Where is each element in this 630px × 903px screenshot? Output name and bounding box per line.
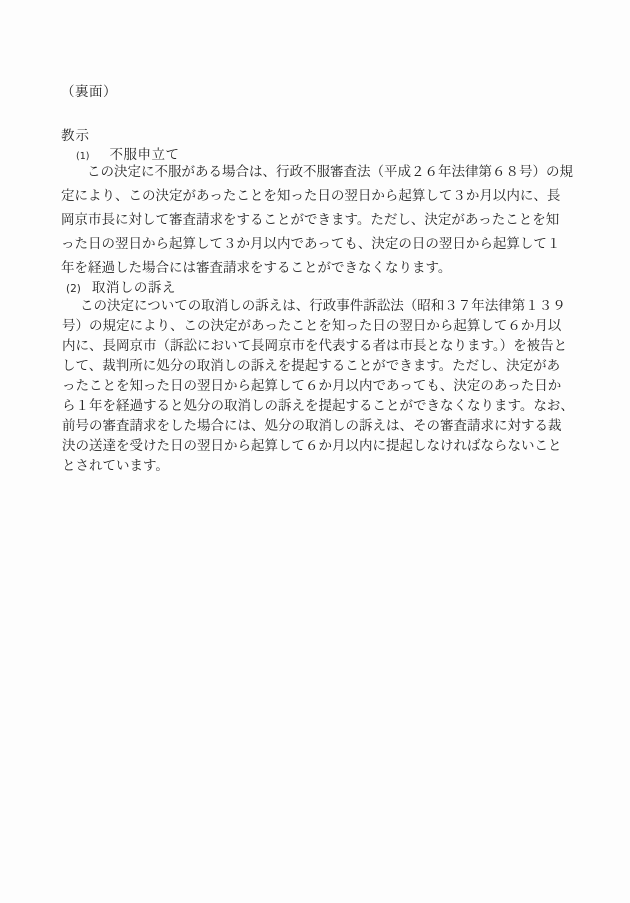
item-2-title: 取消しの訴え xyxy=(92,280,176,296)
item-2-header: (2)取消しの訴え xyxy=(66,276,176,296)
text-line: 定により、この決定があったことを知った日の翌日から起算して３か月以内に、長 xyxy=(61,184,573,208)
text-line: この決定に不服がある場合は、行政不服審査法（平成２６年法律第６８号）の規 xyxy=(61,160,573,184)
text-line: とされています。 xyxy=(62,456,574,476)
text-line: 内に、長岡京市（訴訟において長岡京市を代表する者は市長となります。）を被告と xyxy=(62,336,574,356)
text-line: 号）の規定により、この決定があったことを知った日の翌日から起算して６か月以 xyxy=(62,316,574,336)
text-line: この決定についての取消しの訴えは、行政事件訴訟法（昭和３７年法律第１３９ xyxy=(62,296,574,316)
document-page: （裏面） 教示 (1)不服申立て この決定に不服がある場合は、行政不服審査法（平… xyxy=(0,0,630,903)
text-line: った日の翌日から起算して３か月以内であっても、決定の日の翌日から起算して１ xyxy=(61,232,573,256)
text-line: ら１年を経過すると処分の取消しの訴えを提起することができなくなります。なお、 xyxy=(62,396,574,416)
backside-label: （裏面） xyxy=(61,80,117,100)
text-line: して、裁判所に処分の取消しの訴えを提起することができます。ただし、決定があ xyxy=(62,356,574,376)
item-1-paragraph: この決定に不服がある場合は、行政不服審査法（平成２６年法律第６８号）の規 定によ… xyxy=(61,160,573,280)
text-line: 前号の審査請求をした場合には、処分の取消しの訴えは、その審査請求に対する裁 xyxy=(62,416,574,436)
item-2-number: (2) xyxy=(66,283,81,295)
item-2-paragraph: この決定についての取消しの訴えは、行政事件訴訟法（昭和３７年法律第１３９ 号）の… xyxy=(62,296,574,476)
text-line: ったことを知った日の翌日から起算して６か月以内であっても、決定のあった日か xyxy=(62,376,574,396)
text-line: 岡京市長に対して審査請求をすることができます。ただし、決定があったことを知 xyxy=(61,208,573,232)
section-title-kyoji: 教示 xyxy=(61,124,90,144)
text-line: 決の送達を受けた日の翌日から起算して６か月以内に提起しなければならないこと xyxy=(62,436,574,456)
